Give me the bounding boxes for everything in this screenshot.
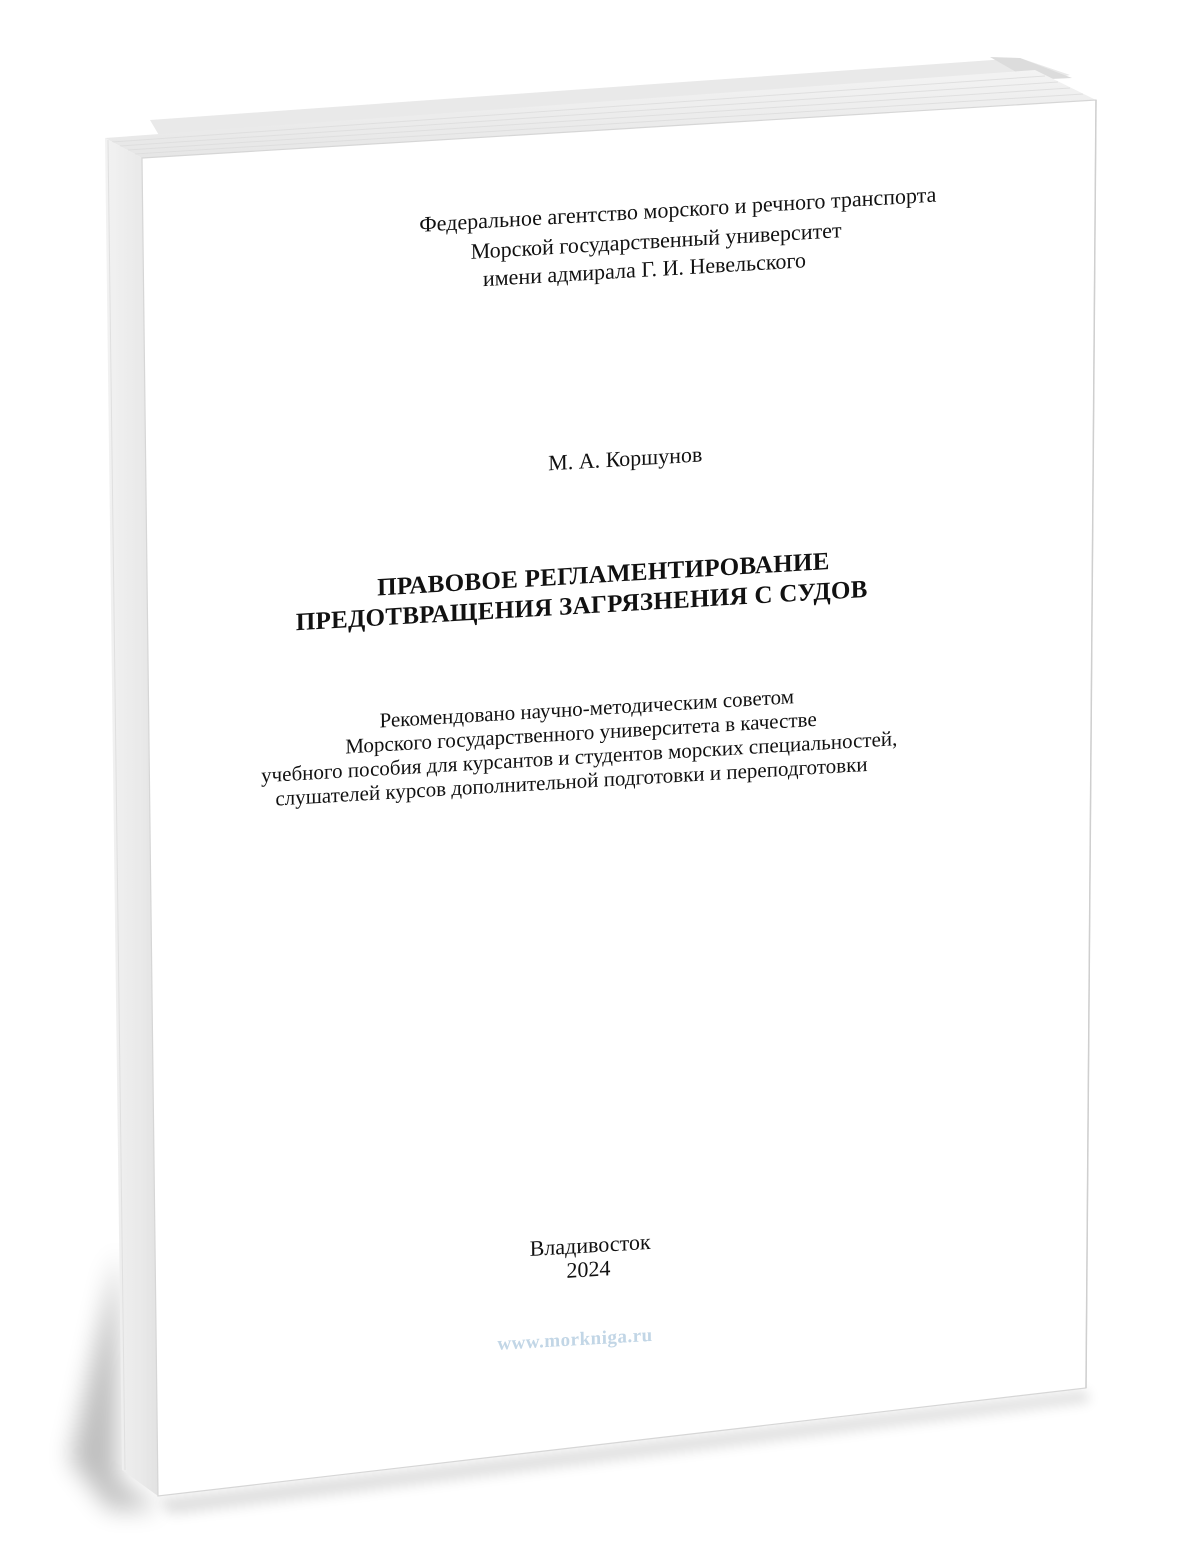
book-3d-illustration xyxy=(0,0,1200,1546)
front-cover xyxy=(142,100,1096,1496)
